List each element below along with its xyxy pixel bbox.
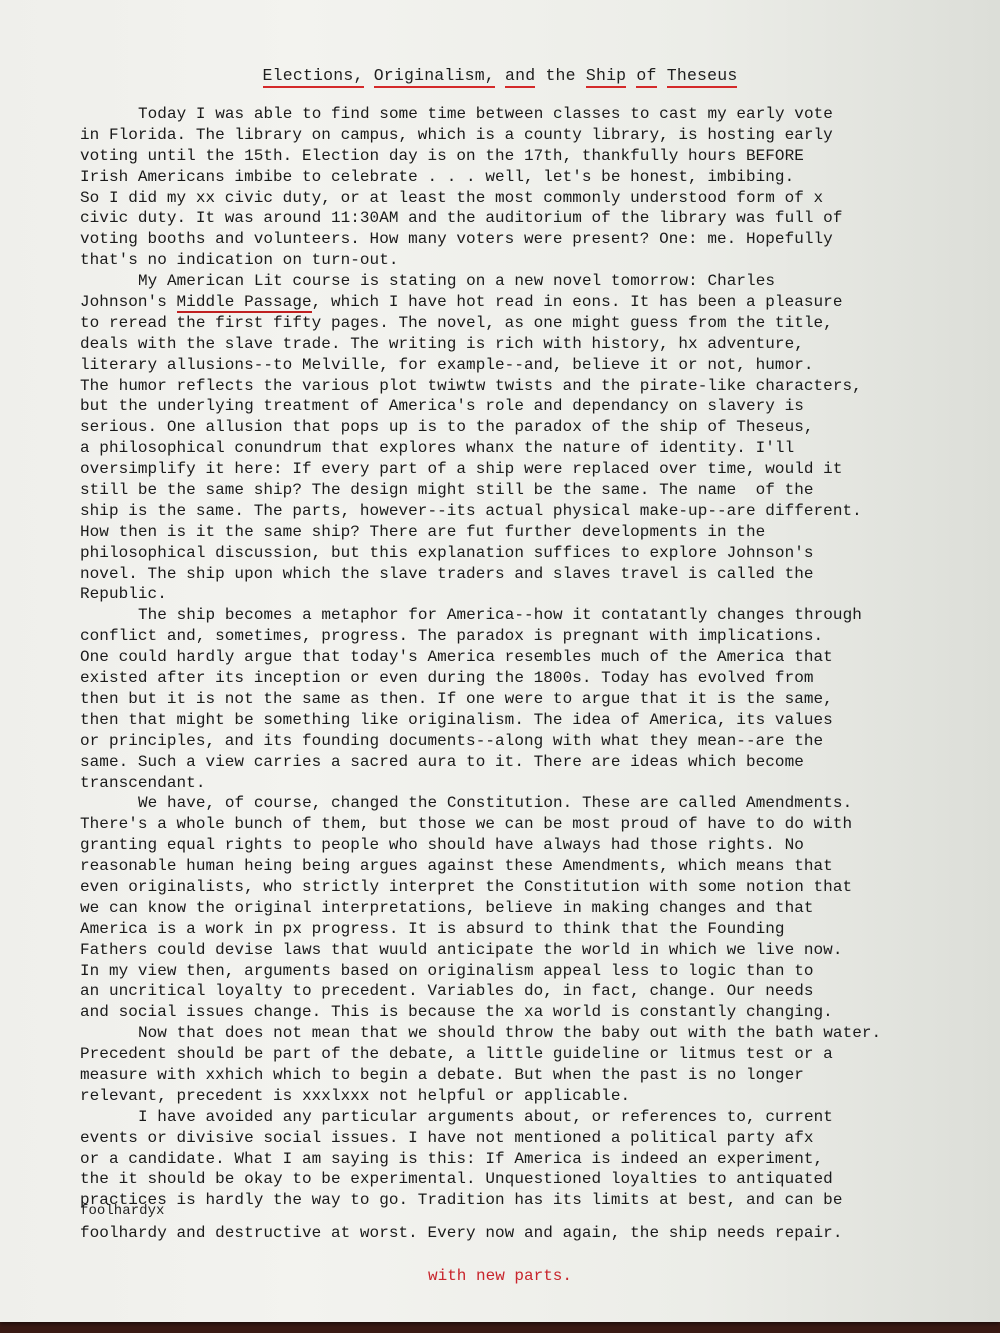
- text-line: granting equal rights to people who shou…: [80, 835, 940, 856]
- text-line: One could hardly argue that today's Amer…: [80, 647, 940, 668]
- text-line: or a candidate. What I am saying is this…: [80, 1149, 940, 1170]
- text-line: conflict and, sometimes, progress. The p…: [80, 626, 940, 647]
- text-line: We have, of course, changed the Constitu…: [80, 793, 940, 814]
- text-line: voting until the 15th. Election day is o…: [80, 146, 940, 167]
- text-line: How then is it the same ship? There are …: [80, 522, 940, 543]
- text-line: existed after its inception or even duri…: [80, 668, 940, 689]
- title-word: of: [636, 66, 656, 88]
- title-word: Elections,: [263, 66, 364, 88]
- text-line: philosophical discussion, but this expla…: [80, 543, 940, 564]
- paragraph-3: The ship becomes a metaphor for America-…: [80, 605, 940, 793]
- text-segment: Johnson's: [80, 293, 177, 311]
- text-line: that's no indication on turn-out.: [80, 250, 940, 271]
- text-line: the it should be okay to be experimental…: [80, 1169, 940, 1190]
- paragraph-5: Now that does not mean that we should th…: [80, 1023, 940, 1107]
- text-line: My American Lit course is stating on a n…: [80, 271, 940, 292]
- text-line: Precedent should be part of the debate, …: [80, 1044, 940, 1065]
- text-line: then that might be something like origin…: [80, 710, 940, 731]
- text-line: In my view then, arguments based on orig…: [80, 961, 940, 982]
- paragraph-2: My American Lit course is stating on a n…: [80, 271, 940, 605]
- title-word: and: [505, 66, 535, 88]
- text-line: Johnson's Middle Passage, which I have h…: [80, 292, 940, 313]
- text-line: civic duty. It was around 11:30AM and th…: [80, 208, 940, 229]
- text-line: ship is the same. The parts, however--it…: [80, 501, 940, 522]
- text-segment: , which I have hot read in eons. It has …: [312, 293, 843, 311]
- text-line: still be the same ship? The design might…: [80, 480, 940, 501]
- document-body: Today I was able to find some time betwe…: [80, 104, 940, 1244]
- title-word: Theseus: [667, 66, 738, 88]
- text-line: Irish Americans imbibe to celebrate . . …: [80, 167, 940, 188]
- text-line: Now that does not mean that we should th…: [80, 1023, 940, 1044]
- text-line: but the underlying treatment of America'…: [80, 396, 940, 417]
- text-line: and social issues change. This is becaus…: [80, 1002, 940, 1023]
- text-line: an uncritical loyalty to precedent. Vari…: [80, 981, 940, 1002]
- text-line: transcendant.: [80, 773, 940, 794]
- title-word: Ship: [586, 66, 626, 88]
- text-line: novel. The ship upon which the slave tra…: [80, 564, 940, 585]
- text-line: So I did my xx civic duty, or at least t…: [80, 188, 940, 209]
- text-line: to reread the first fifty pages. The nov…: [80, 313, 940, 334]
- document-title: Elections, Originalism, and the Ship of …: [0, 66, 1000, 85]
- text-line: or principles, and its founding document…: [80, 731, 940, 752]
- text-line: Fathers could devise laws that wuuld ant…: [80, 940, 940, 961]
- text-line: Today I was able to find some time betwe…: [80, 104, 940, 125]
- text-line: measure with xxhich which to begin a deb…: [80, 1065, 940, 1086]
- text-line: events or divisive social issues. I have…: [80, 1128, 940, 1149]
- paragraph-6: I have avoided any particular arguments …: [80, 1107, 940, 1244]
- text-line: serious. One allusion that pops up is to…: [80, 417, 940, 438]
- overtyped-correction: foolhardyx: [80, 1205, 940, 1217]
- text-line: The humor reflects the various plot twiw…: [80, 376, 940, 397]
- typewritten-page: Elections, Originalism, and the Ship of …: [0, 0, 1000, 1322]
- paragraph-1: Today I was able to find some time betwe…: [80, 104, 940, 271]
- text-line: voting booths and volunteers. How many v…: [80, 229, 940, 250]
- text-line: The ship becomes a metaphor for America-…: [80, 605, 940, 626]
- text-line: oversimplify it here: If every part of a…: [80, 459, 940, 480]
- book-title-underlined: Middle Passage: [177, 293, 312, 313]
- paragraph-4: We have, of course, changed the Constitu…: [80, 793, 940, 1023]
- text-line: literary allusions--to Melville, for exa…: [80, 355, 940, 376]
- text-line: a philosophical conundrum that explores …: [80, 438, 940, 459]
- text-line: There's a whole bunch of them, but those…: [80, 814, 940, 835]
- text-line: foolhardy and destructive at worst. Ever…: [80, 1223, 940, 1244]
- title-word: Originalism,: [374, 66, 495, 88]
- text-line: I have avoided any particular arguments …: [80, 1107, 940, 1128]
- closing-line-red: with new parts.: [0, 1267, 1000, 1285]
- text-line: even originalists, who strictly interpre…: [80, 877, 940, 898]
- title-word: the: [545, 66, 575, 85]
- text-line: deals with the slave trade. The writing …: [80, 334, 940, 355]
- text-line: America is a work in px progress. It is …: [80, 919, 940, 940]
- text-line: in Florida. The library on campus, which…: [80, 125, 940, 146]
- text-line: reasonable human heing being argues agai…: [80, 856, 940, 877]
- text-line: same. Such a view carries a sacred aura …: [80, 752, 940, 773]
- text-line: we can know the original interpretations…: [80, 898, 940, 919]
- text-line: then but it is not the same as then. If …: [80, 689, 940, 710]
- text-line: Republic.: [80, 584, 940, 605]
- text-line: relevant, precedent is xxxlxxx not helpf…: [80, 1086, 940, 1107]
